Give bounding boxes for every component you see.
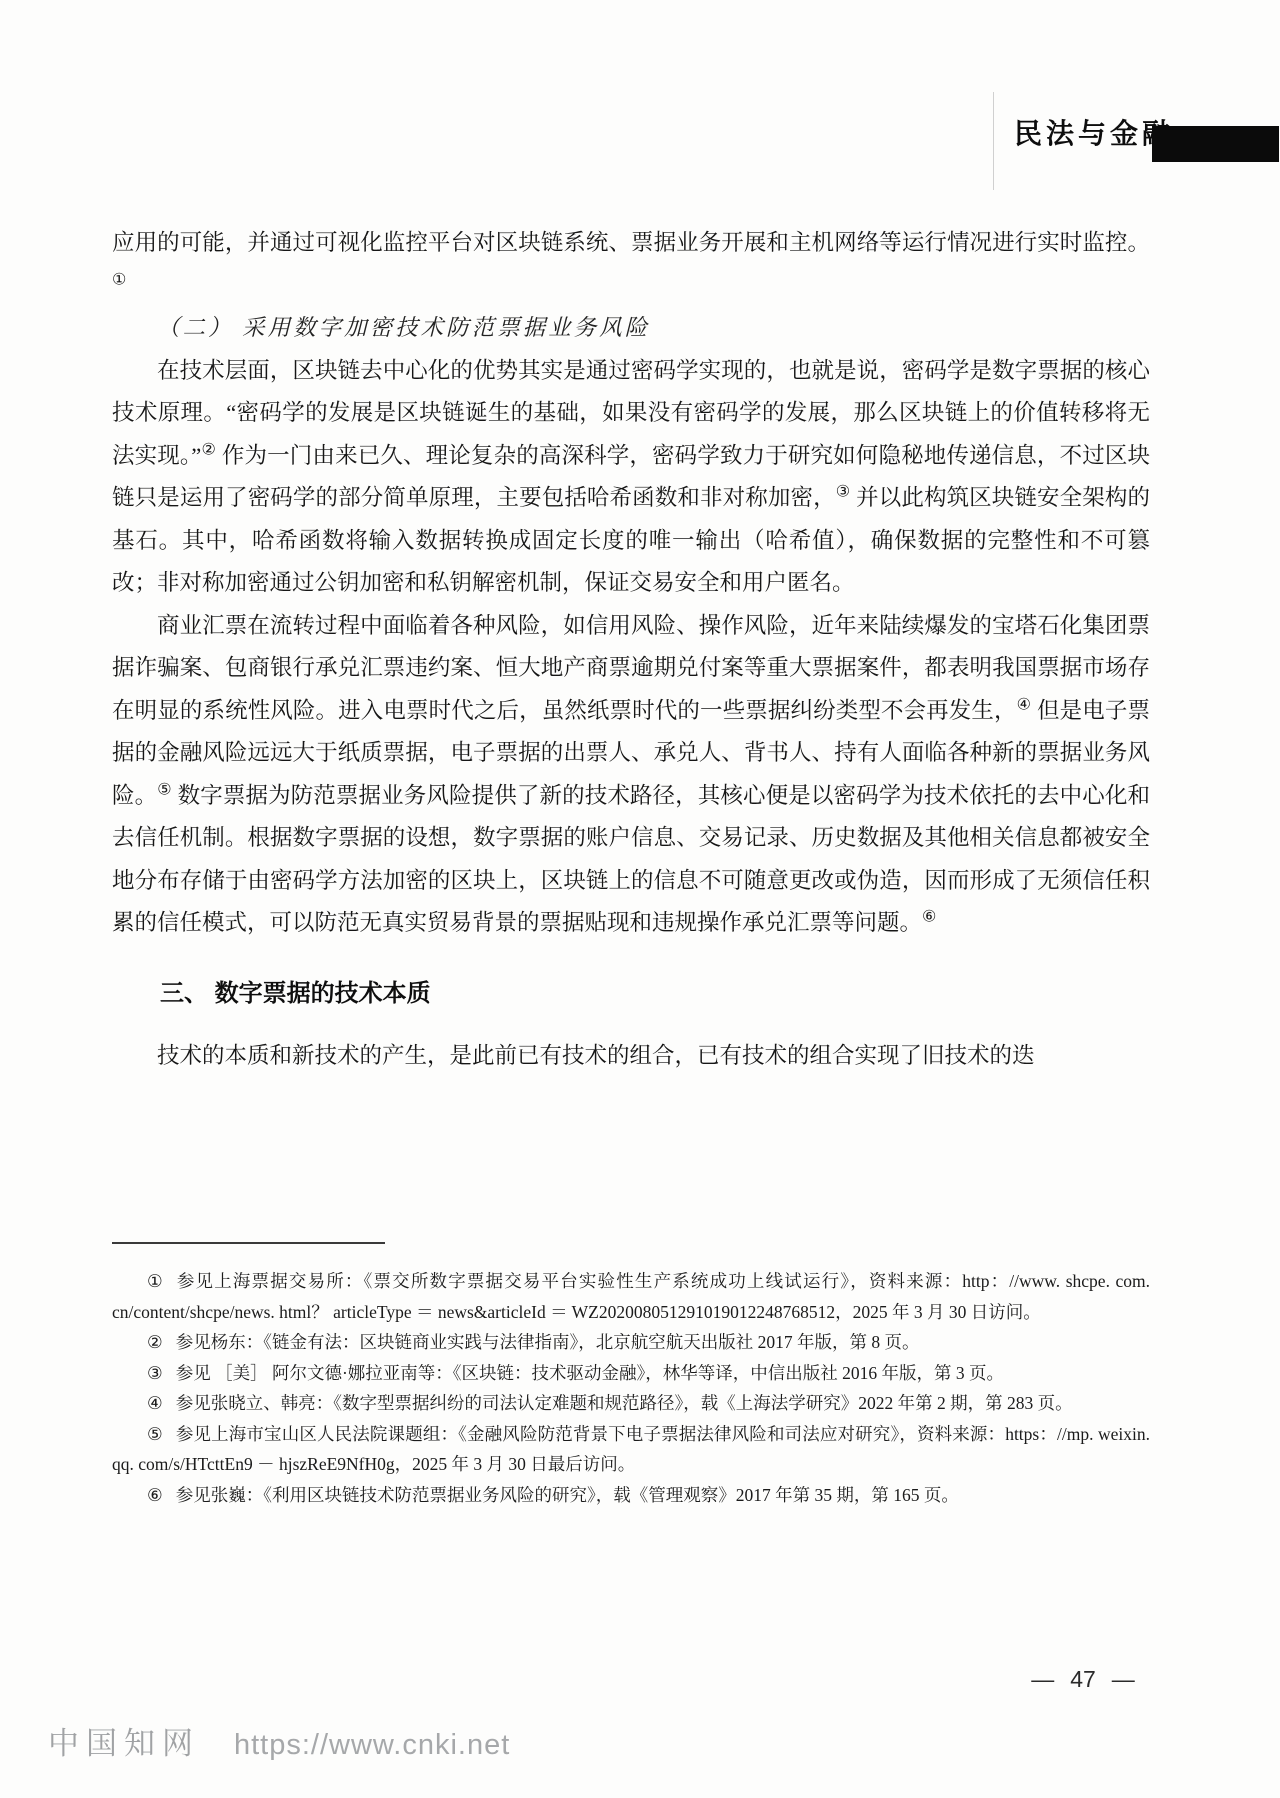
paragraph-text: 数字票据为防范票据业务风险提供了新的技术路径，其核心便是以密码学为技术依托的去中…	[112, 783, 1150, 936]
footnote-marker: ②	[147, 1332, 163, 1352]
journal-scan-page: 民法与金融 应用的可能，并通过可视化监控平台对区块链系统、票据业务开展和主机网络…	[0, 0, 1280, 1798]
page-number-dash-left: —	[1031, 1666, 1054, 1693]
footnote-separator-rule	[112, 1242, 385, 1244]
footnote-3: ③参见 ［美］ 阿尔文德·娜拉亚南等：《区块链：技术驱动金融》，林华等译，中信出…	[112, 1358, 1150, 1389]
footnote-text: 参见 ［美］ 阿尔文德·娜拉亚南等：《区块链：技术驱动金融》，林华等译，中信出版…	[176, 1363, 1004, 1383]
cnki-watermark: 中国知网https://www.cnki.net	[48, 1718, 510, 1763]
header-black-bar	[1152, 126, 1279, 162]
footnote-ref-2: ②	[201, 440, 216, 458]
paragraph-text: 商业汇票在流转过程中面临着各种风险，如信用风险、操作风险，近年来陆续爆发的宝塔石…	[112, 613, 1150, 723]
cnki-brand-text: 中国知网	[48, 1726, 200, 1761]
page-number: —47—	[1008, 1666, 1158, 1693]
footnote-marker: ⑥	[147, 1485, 163, 1505]
article-body: 应用的可能，并通过可视化监控平台对区块链系统、票据业务开展和主机网络等运行情况进…	[112, 222, 1150, 1077]
paragraph-cryptography: 在技术层面，区块链去中心化的优势其实是通过密码学实现的，也就是说，密码学是数字票…	[112, 350, 1150, 605]
footnote-marker: ③	[147, 1363, 163, 1383]
paragraph-text: 应用的可能，并通过可视化监控平台对区块链系统、票据业务开展和主机网络等运行情况进…	[112, 230, 1150, 255]
footnote-marker: ⑤	[147, 1424, 163, 1444]
paragraph-tech-essence: 技术的本质和新技术的产生，是此前已有技术的组合，已有技术的组合实现了旧技术的迭	[112, 1035, 1150, 1078]
subsection-heading-2: （二） 采用数字加密技术防范票据业务风险	[112, 307, 1150, 350]
footnote-text: 参见张晓立、韩亮：《数字型票据纠纷的司法认定难题和规范路径》，载《上海法学研究》…	[176, 1393, 1073, 1413]
footnote-1: ①参见上海票据交易所：《票交所数字票据交易平台实验性生产系统成功上线试运行》，资…	[112, 1266, 1150, 1327]
footnote-marker: ④	[147, 1393, 163, 1413]
page-number-value: 47	[1070, 1666, 1096, 1693]
page-number-dash-right: —	[1112, 1666, 1135, 1693]
footnote-ref-5: ⑤	[157, 780, 172, 798]
footnote-2: ②参见杨东：《链金有法：区块链商业实践与法律指南》，北京航空航天出版社 2017…	[112, 1327, 1150, 1358]
footnote-4: ④参见张晓立、韩亮：《数字型票据纠纷的司法认定难题和规范路径》，载《上海法学研究…	[112, 1388, 1150, 1419]
footnotes-block: ①参见上海票据交易所：《票交所数字票据交易平台实验性生产系统成功上线试运行》，资…	[112, 1242, 1150, 1510]
footnote-ref-1: ①	[112, 270, 127, 288]
section-heading-3: 三、 数字票据的技术本质	[112, 979, 1150, 1009]
footnote-ref-4: ④	[1017, 695, 1032, 713]
footnote-marker: ①	[147, 1271, 164, 1291]
running-head-section-label: 民法与金融	[1014, 112, 1174, 152]
scan-artifact-line	[993, 92, 994, 190]
cnki-url-text: https://www.cnki.net	[234, 1729, 510, 1761]
footnote-ref-3: ③	[836, 483, 851, 501]
footnote-text: 参见杨东：《链金有法：区块链商业实践与法律指南》，北京航空航天出版社 2017 …	[176, 1332, 920, 1352]
footnote-text: 参见张巍：《利用区块链技术防范票据业务风险的研究》，载《管理观察》2017 年第…	[176, 1485, 959, 1505]
footnote-text: 参见上海票据交易所：《票交所数字票据交易平台实验性生产系统成功上线试运行》，资料…	[112, 1271, 1150, 1322]
footnote-ref-6: ⑥	[922, 908, 937, 926]
footnote-5: ⑤参见上海市宝山区人民法院课题组：《金融风险防范背景下电子票据法律风险和司法应对…	[112, 1419, 1150, 1480]
paragraph-bill-risks: 商业汇票在流转过程中面临着各种风险，如信用风险、操作风险，近年来陆续爆发的宝塔石…	[112, 605, 1150, 945]
footnote-text: 参见上海市宝山区人民法院课题组：《金融风险防范背景下电子票据法律风险和司法应对研…	[112, 1424, 1150, 1475]
footnote-6: ⑥参见张巍：《利用区块链技术防范票据业务风险的研究》，载《管理观察》2017 年…	[112, 1480, 1150, 1511]
paragraph-continuation: 应用的可能，并通过可视化监控平台对区块链系统、票据业务开展和主机网络等运行情况进…	[112, 222, 1150, 307]
